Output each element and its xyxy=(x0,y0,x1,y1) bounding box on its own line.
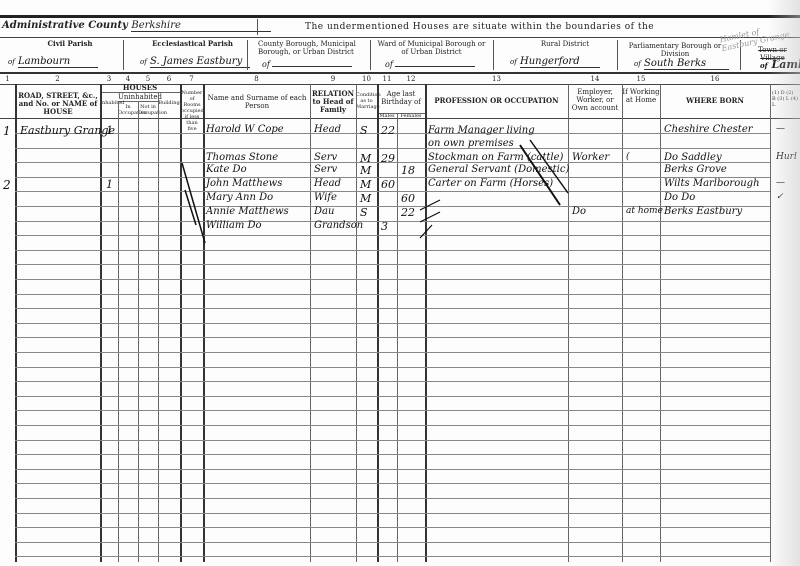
page-edge-shadow xyxy=(768,0,800,566)
pen-strokes xyxy=(0,0,800,566)
census-page: Administrative County Berkshire The unde… xyxy=(0,0,800,566)
